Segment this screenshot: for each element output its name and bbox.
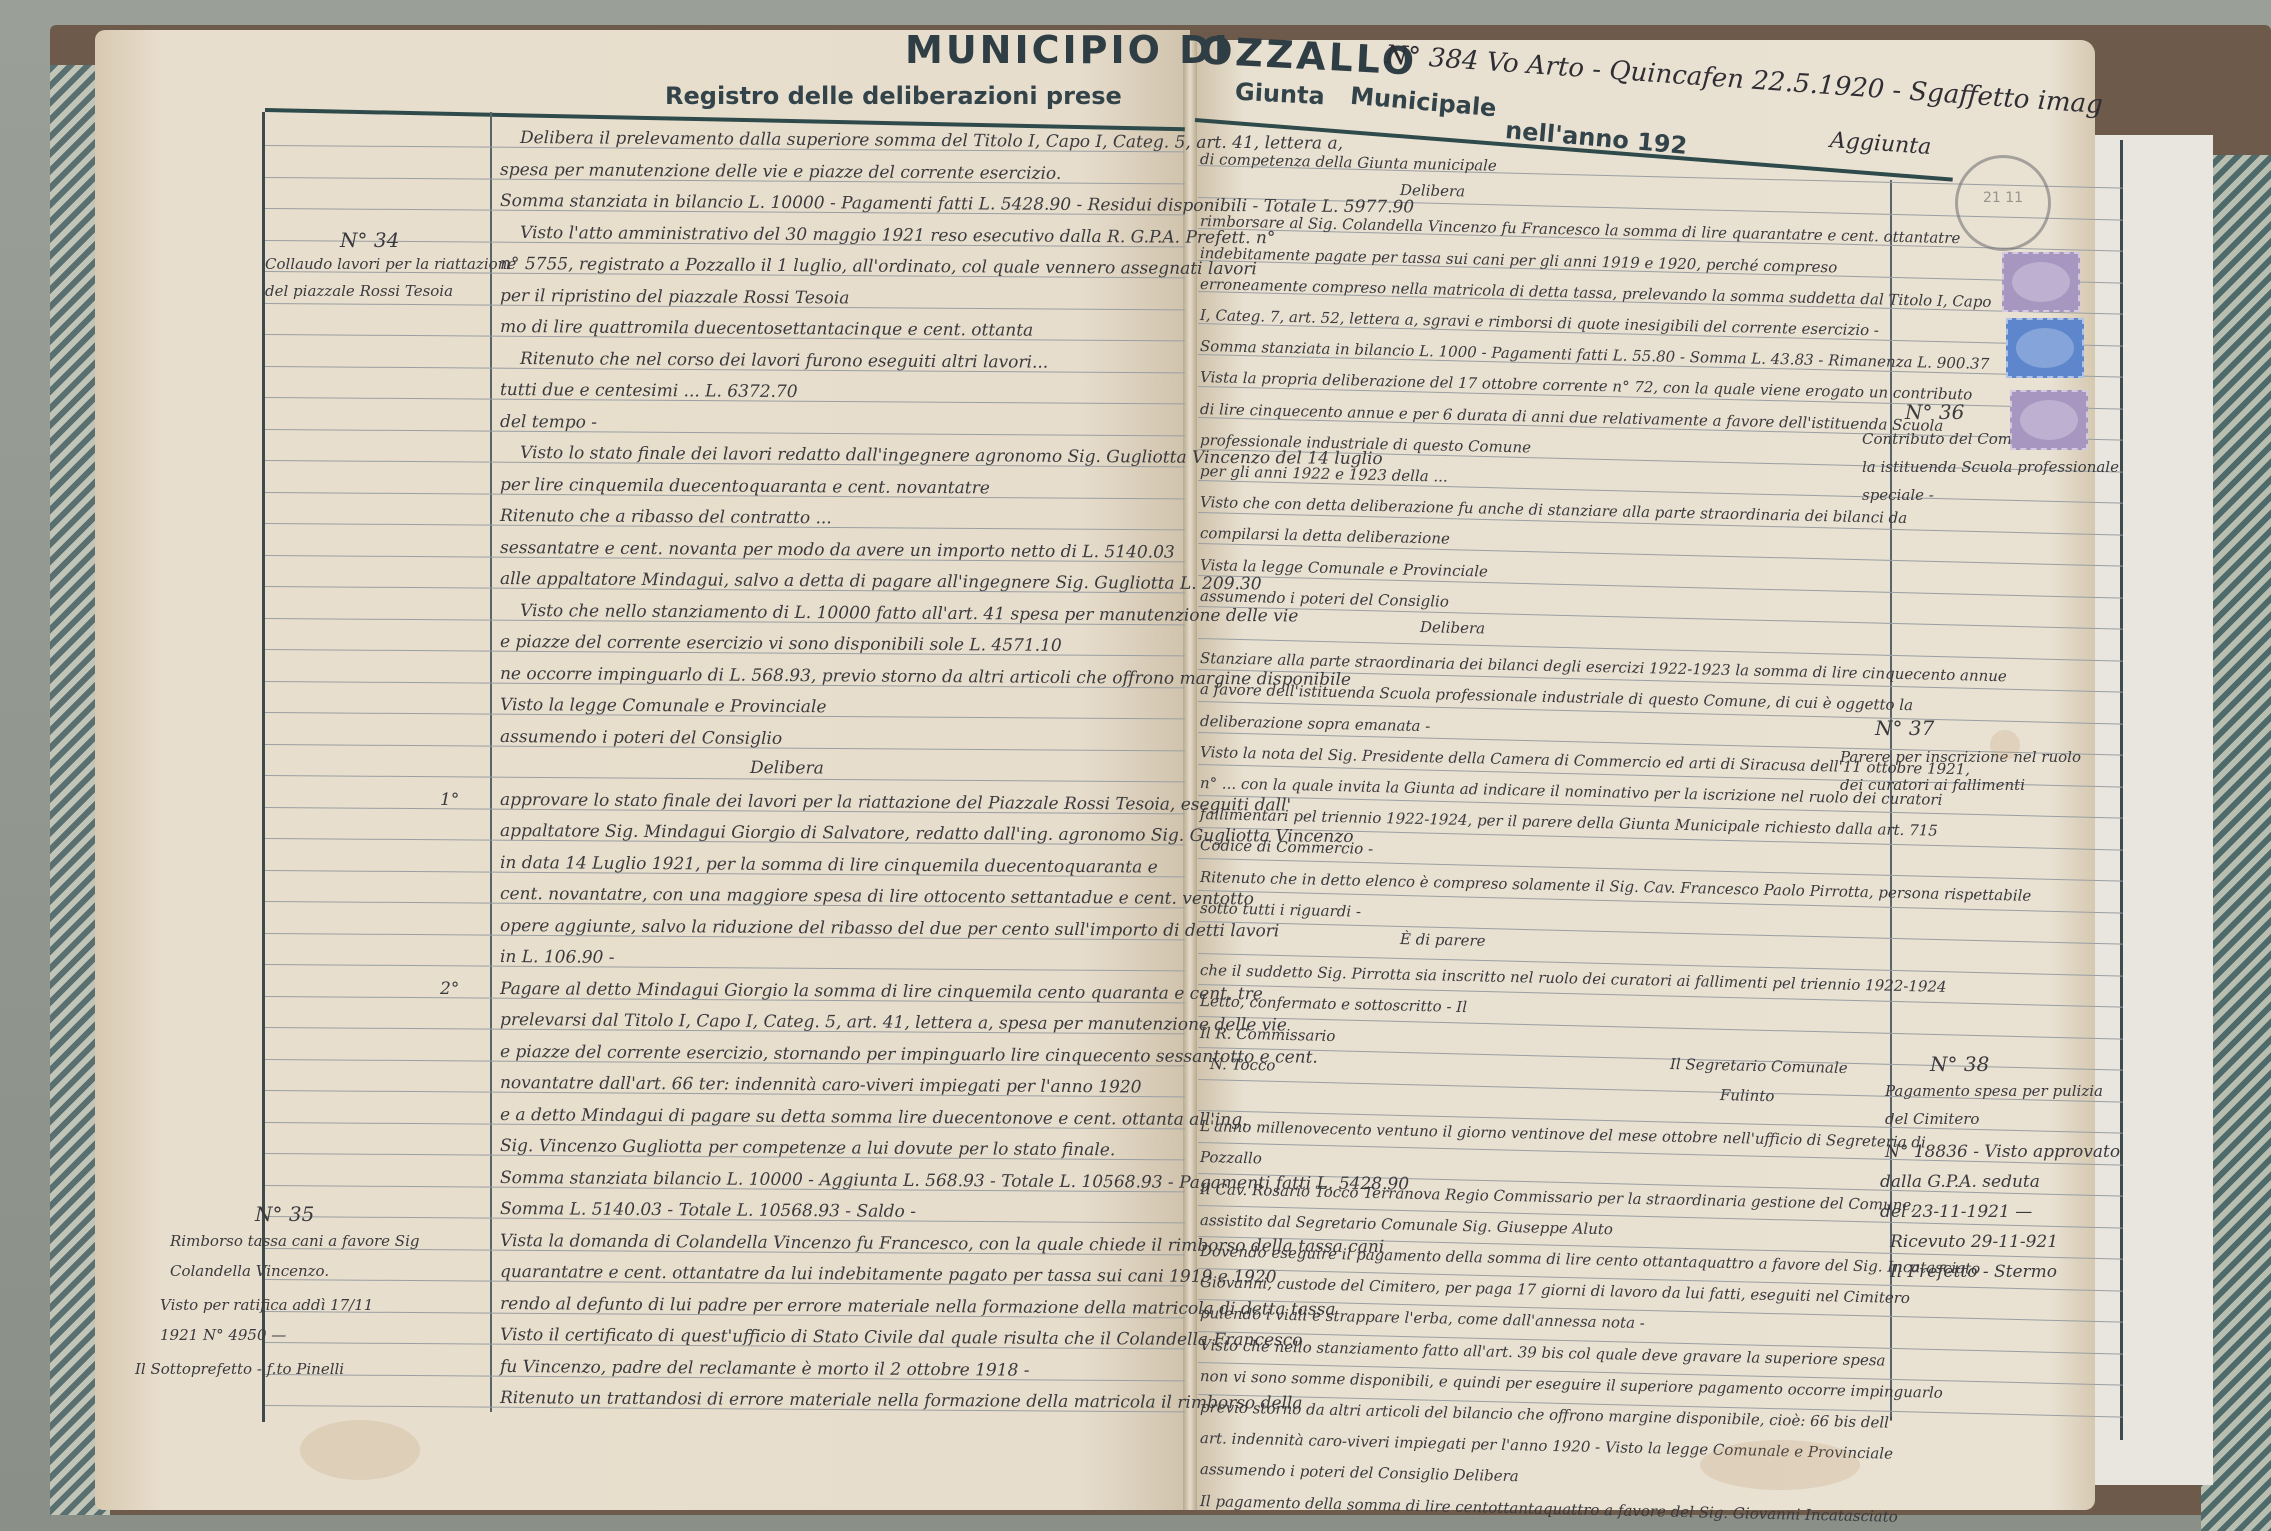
- handwritten-line: sotto tutti i riguardi -: [1200, 899, 1361, 921]
- entry-35-line-2: Colandella Vincenzo.: [170, 1262, 329, 1280]
- revenue-stamp-violet-2: [2010, 390, 2088, 450]
- entry-number-35: N° 35: [255, 1202, 314, 1226]
- revenue-stamp-violet-1: [2002, 252, 2080, 312]
- entry-number-37: N° 37: [1875, 716, 1934, 740]
- handwritten-line: 1°: [440, 790, 459, 810]
- handwritten-line: e piazze del corrente esercizio vi sono …: [500, 632, 1062, 656]
- entry-number-34: N° 34: [340, 228, 399, 252]
- paper-stain: [1700, 1440, 1860, 1490]
- entry-number-36: N° 36: [1905, 400, 1964, 424]
- header-title-municipio: MUNICIPIO DI: [905, 28, 1231, 72]
- entry-37-line-1: Parere per inscrizione nel ruolo: [1840, 748, 2081, 766]
- handwritten-line: per lire cinquemila duecentoquaranta e c…: [500, 475, 990, 498]
- handwritten-line: Il R. Commissario: [1200, 1024, 1336, 1045]
- entry-number-38: N° 38: [1930, 1052, 1989, 1076]
- handwritten-line: per il ripristino del piazzale Rossi Tes…: [500, 286, 850, 308]
- handwritten-line: Delibera: [1400, 181, 1465, 200]
- entry-35-line-3: Visto per ratifica addì 17/11: [160, 1296, 373, 1314]
- handwritten-line: Delibera: [1420, 618, 1485, 637]
- handwritten-line: Sig. Vincenzo Gugliotta per competenze a…: [500, 1136, 1115, 1160]
- entry-38-line-4: dalla G.P.A. seduta: [1880, 1172, 2040, 1192]
- header-subtitle-left: Registro delle deliberazioni prese: [665, 82, 1122, 110]
- paper-stain: [300, 1420, 420, 1480]
- entry-35-line-4: 1921 N° 4950 —: [160, 1326, 286, 1344]
- handwritten-line: Fulinto: [1720, 1086, 1775, 1105]
- entry-38-line-5: del 23-11-1921 —: [1880, 1202, 2032, 1222]
- entry-36-line-3: speciale -: [1862, 486, 1934, 504]
- handwritten-line: in data 14 Luglio 1921, per la somma di …: [500, 853, 1158, 878]
- entry-35-line-1: Rimborso tassa cani a favore Sig: [170, 1232, 419, 1250]
- paper-stain: [1990, 730, 2020, 760]
- entry-37-line-2: dei curatori ai fallimenti: [1840, 776, 2025, 794]
- handwritten-line: tutti due e centesimi ... L. 6372.70: [500, 380, 798, 402]
- right-border-line: [2120, 140, 2123, 1440]
- handwritten-line: N. Tocco: [1210, 1055, 1276, 1074]
- entry-34-line-1: Collaudo lavori per la riattazione: [265, 255, 516, 273]
- handwritten-line: Visto la legge Comunale e Provinciale: [500, 695, 827, 717]
- handwritten-line: Ritenuto che a ribasso del contratto ...: [500, 506, 832, 528]
- entry-38-line-2: del Cimitero: [1885, 1110, 1979, 1128]
- handwritten-line: in L. 106.90 -: [500, 947, 615, 968]
- handwritten-line: mo di lire quattromila duecentosettantac…: [500, 317, 1033, 341]
- handwritten-line: Pozzallo: [1200, 1148, 1262, 1167]
- handwritten-line: assumendo i poteri del Consiglio: [500, 727, 782, 749]
- handwritten-line: Il Segretario Comunale: [1670, 1055, 1848, 1077]
- entry-38-line-7: Il Prefetto - Stermo: [1890, 1262, 2057, 1282]
- handwritten-line: fu Vincenzo, padre del reclamante è mort…: [500, 1357, 1030, 1381]
- handwritten-line: sessantatre e cent. novanta per modo da …: [500, 538, 1175, 563]
- flyleaf: [2090, 135, 2213, 1485]
- entry-35-line-5: Il Sottoprefetto - f.to Pinelli: [135, 1360, 344, 1378]
- header-subtitle-giunta: Giunta: [1234, 78, 1325, 111]
- left-page: [95, 30, 1190, 1510]
- handwritten-line: del tempo -: [500, 412, 597, 433]
- revenue-stamp-blue: [2006, 318, 2084, 378]
- entry-38-line-1: Pagamento spesa per pulizia: [1885, 1082, 2103, 1100]
- entry-36-line-2: la istituenda Scuola professionale: [1862, 458, 2119, 476]
- handwritten-line: spesa per manutenzione delle vie e piazz…: [500, 160, 1061, 184]
- entry-38-line-3: N° 18836 - Visto approvato: [1885, 1142, 2120, 1162]
- entry-34-line-2: del piazzale Rossi Tesoia: [265, 282, 453, 300]
- handwritten-line: È di parere: [1400, 930, 1486, 950]
- handwritten-line: Ritenuto che nel corso dei lavori furono…: [520, 349, 1048, 373]
- entry-38-line-6: Ricevuto 29-11-921: [1890, 1232, 2058, 1252]
- handwritten-line: 2°: [440, 979, 459, 999]
- postmark-stamp: 21 11: [1955, 155, 2051, 251]
- handwritten-line: Somma L. 5140.03 - Totale L. 10568.93 - …: [500, 1199, 916, 1222]
- handwritten-line: Delibera: [750, 758, 824, 779]
